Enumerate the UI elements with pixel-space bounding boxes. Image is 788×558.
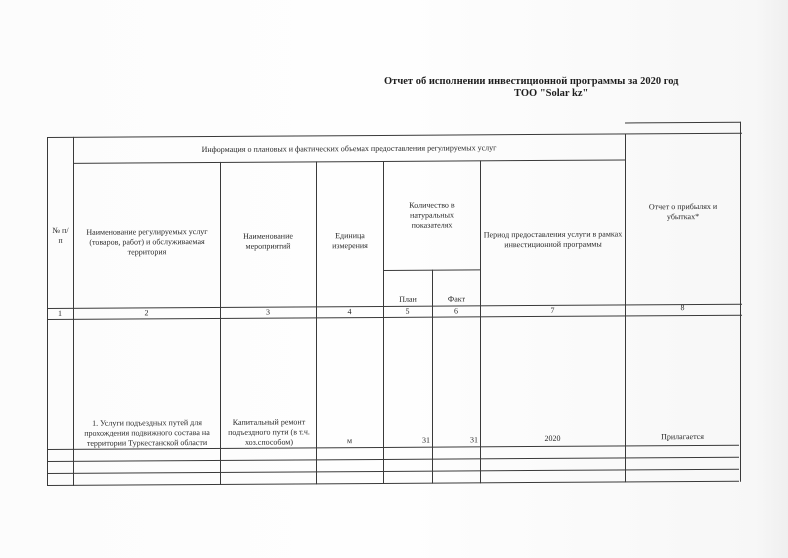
col-number-2: 2 [73,308,220,319]
col-number-6: 6 [432,306,480,316]
col-number-3: 3 [220,307,316,318]
header-plan: План [384,271,432,305]
header-activity-name: Наименование мероприятий [235,176,301,306]
scanned-page: Отчет об исполнении инвестиционной прогр… [0,0,788,558]
header-service-name: Наименование регулируемых услуг (товаров… [74,177,220,308]
empty-row-2-bottom-line [47,469,739,474]
header-unit: Единица измерения [327,176,373,306]
col-number-8: 8 [625,303,740,314]
report-title: Отчет об исполнении инвестиционной прогр… [384,76,724,100]
group-header: Информация о плановых и фактических объе… [73,134,625,162]
header-profit-loss-report: Отчет о прибылях и убытках* [635,160,731,265]
row1-plan: 31 [383,318,432,446]
col-number-5: 5 [383,307,432,317]
header-period: Период предоставления услуги в рамках ин… [483,174,623,305]
table-border-bottom [47,481,739,486]
report-title-line-2: ТОО "Solar kz" [384,88,724,100]
report-title-line-1: Отчет об исполнении инвестиционной прогр… [384,76,724,88]
table-border-right [740,122,741,482]
empty-row-1-bottom-line [47,457,739,462]
col-number-1: 1 [47,309,73,319]
col-divider-2 [220,162,221,485]
header-number: № п/п [48,164,73,308]
row1-service: 1. Услуги подъездных путей для прохожден… [77,319,217,449]
row1-report: Прилагается [625,316,740,443]
header-fact: Факт [433,270,480,304]
header-quantity: Количество в натуральных показателях [397,161,467,269]
row1-period: 2020 [480,316,625,444]
investment-report-table: Информация о плановых и фактических объе… [47,122,742,486]
row1-unit: м [316,318,383,446]
row1-fact: 31 [432,317,480,445]
col8-top-border [625,122,741,124]
col-number-7: 7 [480,305,625,316]
row1-activity: Капитальный ремонт подъездного пути (в т… [223,318,315,448]
col-number-4: 4 [316,307,383,317]
